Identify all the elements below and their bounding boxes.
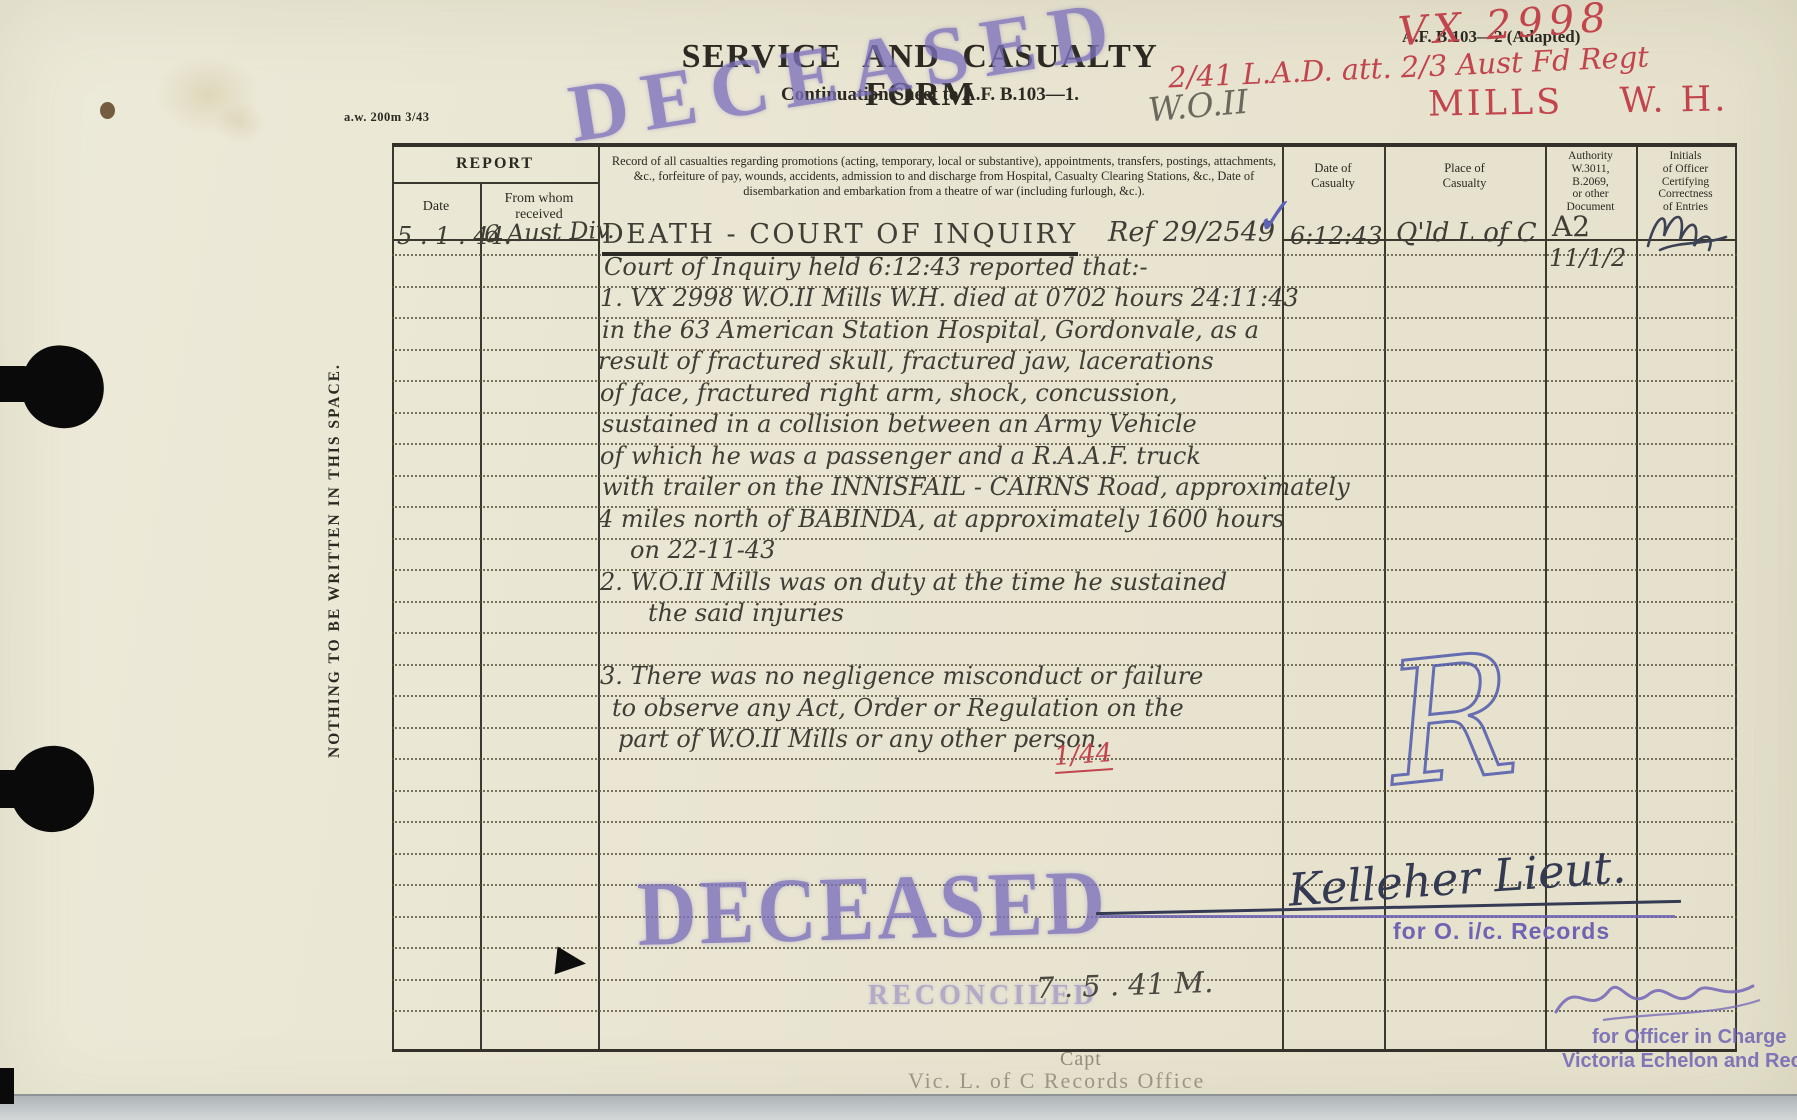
entry-record-line: 2. W.O.II Mills was on duty at the time … <box>600 568 1227 596</box>
punch-hole <box>0 770 36 808</box>
scanned-form-page: SERVICE AND CASUALTY FORM Continuation S… <box>0 0 1797 1120</box>
punch-hole <box>0 366 42 402</box>
casualty-check-icon: ✓ <box>1251 187 1292 247</box>
entry-date-of-casualty: 6:12:43 <box>1290 222 1383 250</box>
echelon-records-stamp: Victoria Echelon and Records <box>1562 1050 1797 1073</box>
entry-authority-line2: 11/1/2 <box>1549 244 1626 272</box>
entry-record-line: the said injuries <box>648 599 844 627</box>
entry-record-line: Court of Inquiry held 6:12:43 reported t… <box>604 253 1148 281</box>
entry-place-of-casualty: Q'ld L of C <box>1396 218 1537 248</box>
oic-records-stamp: for O. i/c. Records <box>1393 918 1610 945</box>
entry-record-line: result of fractured skull, fractured jaw… <box>598 347 1214 375</box>
red-ref-annotation: 1/44 <box>1053 738 1113 774</box>
entry-authority-line1: A2 <box>1552 210 1590 243</box>
entry-record-line: part of W.O.II Mills or any other person… <box>618 725 1104 753</box>
scan-edge-strip <box>0 1094 1797 1120</box>
entry-record-line: of which he was a passenger and a R.A.A.… <box>600 442 1201 470</box>
page-edge-mark <box>0 1068 14 1104</box>
entry-record-line: of face, fractured right arm, shock, con… <box>600 379 1178 407</box>
deceased-stamp-bottom: DECEASED <box>636 850 1109 968</box>
entry-record-line: sustained in a collision between an Army… <box>602 410 1197 438</box>
entry-record-line: with trailer on the INNISFAIL - CAIRNS R… <box>602 473 1350 501</box>
records-officer-signature <box>1548 970 1773 1032</box>
reconciled-date-note: 7 . 5 . 41 M. <box>1035 965 1213 1005</box>
entry-record-line: 1. VX 2998 W.O.II Mills W.H. died at 070… <box>600 284 1299 312</box>
blue-r-mark: R <box>1378 616 1524 824</box>
entry-record-line: on 22-11-43 <box>630 536 775 564</box>
ink-blot-triangle <box>555 947 588 978</box>
initials-signature <box>1642 204 1737 259</box>
entry-record-line: 3. There was no negligence misconduct or… <box>600 662 1203 690</box>
entry-record-line: to observe any Act, Order or Regulation … <box>612 694 1184 722</box>
entry-record-line: in the 63 American Station Hospital, Gor… <box>602 316 1259 344</box>
ink-spot <box>100 102 115 119</box>
entry-record-line: 4 miles north of BABINDA, at approximate… <box>598 505 1285 533</box>
